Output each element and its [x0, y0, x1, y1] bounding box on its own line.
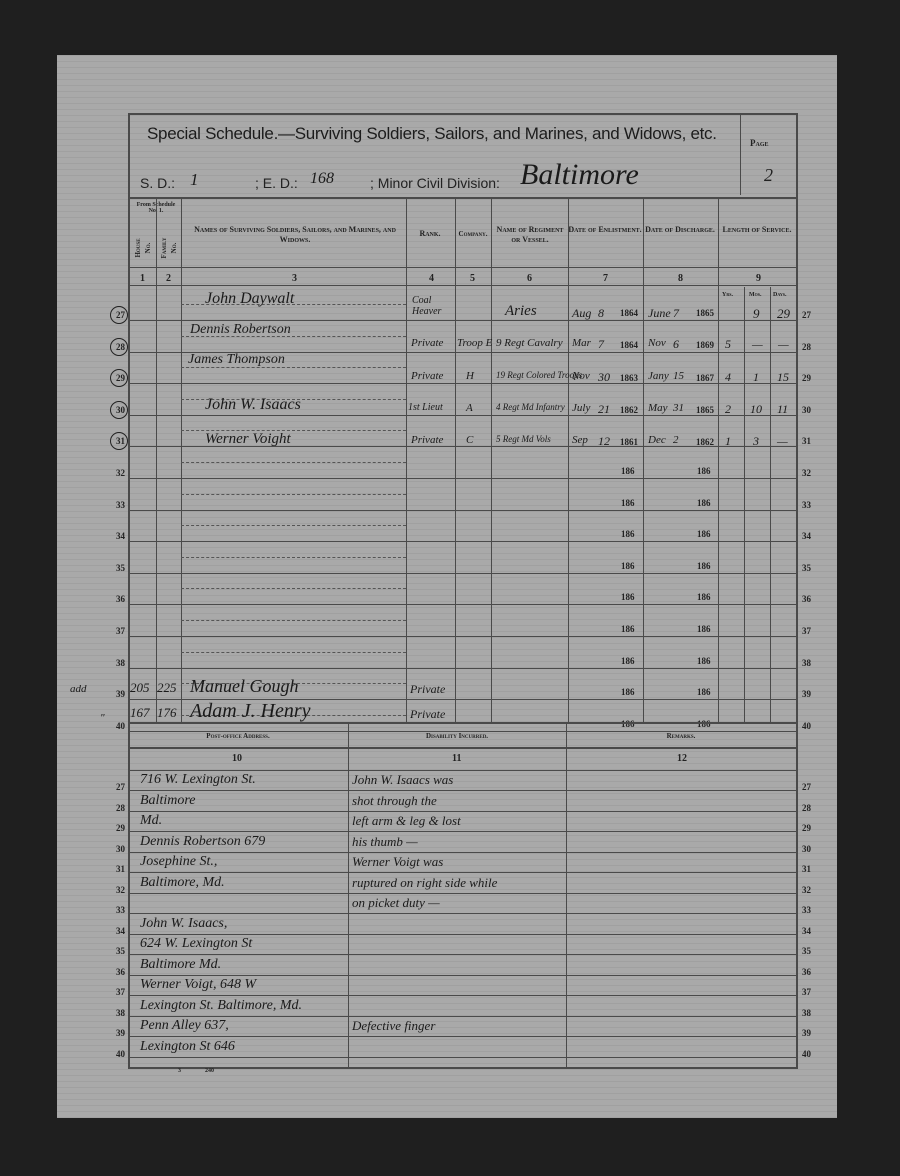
entry-29-enl-day: 30: [598, 370, 610, 385]
service-header: Length of Service.: [719, 225, 795, 235]
entry-31-dis-month: Dec: [648, 434, 666, 446]
row-line: [128, 668, 798, 669]
lower-row-number-right: 36: [802, 967, 811, 977]
disability-line: his thumb —: [352, 834, 418, 850]
row-line: [128, 478, 798, 479]
entry-27-enl-day: 8: [598, 306, 604, 321]
address-line: Md.: [140, 813, 162, 829]
name-guide-line: [181, 652, 406, 654]
disability-line: John W. Isaacs was: [352, 772, 453, 788]
entry-29-company: H: [466, 370, 474, 382]
entry-39-margin-note: add: [70, 683, 87, 695]
entry-27-enl-year: 1864: [620, 308, 638, 318]
entry-27-days: 29: [777, 306, 790, 322]
entry-30-dis-year: 1865: [696, 405, 714, 415]
entry-31-yrs: 1: [725, 434, 731, 449]
lower-row-number-left: 31: [116, 864, 125, 874]
entry-31-mos: 3: [753, 434, 759, 449]
entry-30-rank: 1st Lieut: [408, 402, 443, 413]
row-number-right: 27: [802, 310, 811, 320]
address-line: Penn Alley 637,: [140, 1018, 229, 1034]
entry-29-regiment: 19 Regt Colored Troops: [496, 370, 582, 380]
row-number-right: 39: [802, 689, 811, 699]
lower-row-number-left: 38: [116, 1008, 125, 1018]
col-line: [348, 724, 349, 1069]
entry-28-yrs: 5: [725, 337, 731, 352]
mcd-value: Baltimore: [520, 158, 639, 192]
dis-year-prefix: 186: [697, 529, 711, 539]
entry-31-days: —: [777, 434, 788, 449]
col-number-11: 11: [452, 753, 461, 764]
row-line: [128, 573, 798, 574]
lower-row-number-right: 31: [802, 864, 811, 874]
house-no-header: House No.: [133, 235, 153, 261]
row-number-right: 30: [802, 405, 811, 415]
lower-row-number-right: 33: [802, 905, 811, 915]
family-no-header: Family No.: [159, 235, 179, 261]
col-line: [455, 199, 456, 722]
lower-row-number-right: 29: [802, 823, 811, 833]
colnum-divider-top: [128, 267, 798, 268]
lower-row-number-right: 39: [802, 1028, 811, 1038]
entry-28-enl-day: 7: [598, 337, 604, 352]
entry-39-rank: Private: [410, 682, 445, 697]
lower-row-line: [128, 831, 798, 832]
names-header: Names of Surviving Soldiers, Sailors, an…: [185, 225, 405, 245]
entry-29-dis-year: 1867: [696, 373, 714, 383]
circled-line-mark: [110, 401, 128, 419]
ed-value: 168: [310, 170, 334, 188]
entry-40-name: Adam J. Henry: [190, 700, 311, 723]
entry-29-days: 15: [777, 370, 789, 385]
entry-30-dis-day: 31: [673, 402, 684, 414]
entry-27-enl-month: Aug: [572, 306, 591, 321]
name-guide-line: [181, 620, 406, 622]
lower-row-line: [128, 1036, 798, 1037]
row-number-right: 31: [802, 436, 811, 446]
col-line: [181, 199, 182, 722]
yrs-header: Yrs.: [722, 290, 733, 300]
page-label: Page: [750, 138, 769, 148]
lower-row-line: [128, 790, 798, 791]
address-line: Dennis Robertson 679: [140, 834, 265, 850]
row-number-left: 38: [116, 658, 125, 668]
lower-colnum-divider: [128, 770, 798, 771]
lower-row-number-left: 36: [116, 967, 125, 977]
entry-29-dis-day: 15: [673, 370, 684, 382]
lower-row-number-right: 40: [802, 1049, 811, 1059]
name-guide-line: [181, 462, 406, 464]
sd-label: S. D.:: [140, 175, 175, 191]
row-number-left: 37: [116, 626, 125, 636]
dis-year-prefix: 186: [697, 466, 711, 476]
lower-row-number-right: 38: [802, 1008, 811, 1018]
entry-29-rank: Private: [411, 370, 443, 382]
entry-28-dis-year: 1869: [696, 340, 714, 350]
enl-year-prefix: 186: [621, 624, 635, 634]
entry-28-enl-month: Mar: [572, 337, 591, 349]
col-line: [566, 724, 567, 1069]
enl-year-prefix: 186: [621, 592, 635, 602]
lower-row-number-left: 37: [116, 987, 125, 997]
row-number-left: 35: [116, 563, 125, 573]
mos-header: Mos.: [749, 290, 762, 300]
entry-31-dis-day: 2: [673, 434, 679, 446]
entry-31-rank: Private: [411, 434, 443, 446]
post-office-header: Post-office Address.: [128, 731, 348, 741]
lower-row-number-right: 28: [802, 803, 811, 813]
circled-line-mark: [110, 338, 128, 356]
row-number-left: 36: [116, 594, 125, 604]
entry-30-days: 11: [777, 402, 788, 417]
entry-40-margin-note: ": [100, 712, 105, 724]
col-number-4: 4: [429, 273, 434, 284]
address-line: 716 W. Lexington St.: [140, 772, 256, 788]
dis-year-prefix: 186: [697, 592, 711, 602]
form-title: Special Schedule.—Surviving Soldiers, Sa…: [147, 124, 717, 144]
address-line: Werner Voigt, 648 W: [140, 977, 256, 993]
entry-28-days: —: [778, 337, 789, 352]
entry-29-yrs: 4: [725, 370, 731, 385]
lower-row-line: [128, 1016, 798, 1017]
row-line: [128, 604, 798, 605]
col-number-3: 3: [292, 273, 297, 284]
entry-30-enl-month: July: [572, 402, 590, 414]
disability-line: ruptured on right side while: [352, 875, 497, 891]
entry-29-dis-month: Jany: [648, 370, 669, 382]
regiment-header: Name of Regiment or Vessel.: [492, 225, 568, 245]
enlistment-header: Date of Enlistment.: [568, 225, 642, 235]
lower-row-line: [128, 934, 798, 935]
entry-27-dis-year: 1865: [696, 308, 714, 318]
entry-27-dis-day: 7: [673, 306, 679, 321]
name-guide-line: [181, 588, 406, 590]
address-line: Josephine St.,: [140, 854, 217, 870]
lower-row-number-right: 27: [802, 782, 811, 792]
name-guide-line: [181, 494, 406, 496]
row-number-left: 34: [116, 531, 125, 541]
col-number-1: 1: [140, 273, 145, 284]
entry-29-enl-month: Nov: [572, 370, 590, 382]
name-guide-line: [181, 525, 406, 527]
entry-28-name: Dennis Robertson: [190, 322, 291, 338]
entry-28-company: Troop E: [457, 337, 492, 349]
row-line: [128, 636, 798, 637]
header-divider: [128, 197, 798, 199]
page-number: 2: [764, 165, 773, 186]
entry-31-regiment: 5 Regt Md Vols: [496, 434, 551, 444]
remarks-header: Remarks.: [566, 731, 796, 741]
enl-year-prefix: 186: [621, 498, 635, 508]
lower-row-number-left: 39: [116, 1028, 125, 1038]
disability-line: on picket duty —: [352, 895, 440, 911]
col-line: [156, 199, 157, 722]
lower-section-divider: [128, 722, 798, 724]
lower-row-number-right: 37: [802, 987, 811, 997]
row-number-right: 35: [802, 563, 811, 573]
col-number-2: 2: [166, 273, 171, 284]
entry-27-regiment: Aries: [505, 303, 537, 320]
row-number-right: 33: [802, 500, 811, 510]
lower-row-line: [128, 954, 798, 955]
row-line: [128, 541, 798, 542]
enl-year-prefix: 186: [621, 529, 635, 539]
lower-row-number-left: 40: [116, 1049, 125, 1059]
entry-30-enl-day: 21: [598, 402, 610, 417]
lower-row-number-left: 33: [116, 905, 125, 915]
lower-row-line: [128, 893, 798, 894]
footer-mark: 3: [178, 1068, 181, 1074]
entry-29-mos: 1: [753, 370, 759, 385]
dis-year-prefix: 186: [697, 656, 711, 666]
entry-28-dis-day: 6: [673, 337, 679, 352]
sd-value: 1: [190, 170, 199, 190]
footer-mark: 240: [205, 1068, 214, 1074]
company-header: Company.: [455, 229, 491, 239]
col-line: [718, 199, 719, 722]
entry-31-company: C: [466, 434, 473, 446]
dis-year-prefix: 186: [697, 498, 711, 508]
row-number-left: 39: [116, 689, 125, 699]
address-line: Baltimore, Md.: [140, 875, 225, 891]
lower-row-line: [128, 975, 798, 976]
address-line: 624 W. Lexington St: [140, 936, 252, 952]
entry-30-name: John W. Isaacs: [205, 396, 301, 414]
lower-row-line: [128, 913, 798, 914]
entry-40-family: 176: [157, 705, 177, 721]
mcd-label: ; Minor Civil Division:: [370, 175, 500, 191]
col-number-6: 6: [527, 273, 532, 284]
circled-line-mark: [110, 306, 128, 324]
enl-year-prefix: 186: [621, 687, 635, 697]
lower-row-number-left: 28: [116, 803, 125, 813]
lower-row-line: [128, 811, 798, 812]
row-number-left: 40: [116, 721, 125, 731]
entry-30-mos: 10: [750, 402, 762, 417]
enl-year-prefix: 186: [621, 656, 635, 666]
discharge-header: Date of Discharge.: [643, 225, 717, 235]
lower-row-number-right: 30: [802, 844, 811, 854]
address-line: Baltimore: [140, 793, 195, 809]
row-line: [128, 383, 798, 384]
col-line: [643, 199, 644, 722]
entry-31-dis-year: 1862: [696, 437, 714, 447]
lower-row-number-left: 34: [116, 926, 125, 936]
entry-31-enl-day: 12: [598, 434, 610, 449]
disability-header: Disability Incurred.: [348, 731, 566, 741]
col-number-5: 5: [470, 273, 475, 284]
entry-28-rank: Private: [411, 337, 443, 349]
entry-39-name: Manuel Gough: [190, 676, 298, 697]
row-number-left: 33: [116, 500, 125, 510]
address-line: Lexington St. Baltimore, Md.: [140, 998, 302, 1014]
schedule-frame: [128, 113, 798, 1069]
entry-28-dis-month: Nov: [648, 337, 666, 349]
row-number-right: 28: [802, 342, 811, 352]
col-line: [406, 199, 407, 722]
disability-line: shot through the: [352, 793, 437, 809]
dis-year-prefix: 186: [697, 561, 711, 571]
enl-year-prefix: 186: [621, 561, 635, 571]
col-line: [568, 199, 569, 722]
page-box-line: [740, 113, 741, 195]
enl-year-prefix: 186: [621, 466, 635, 476]
row-number-right: 37: [802, 626, 811, 636]
entry-31-enl-month: Sep: [572, 434, 588, 446]
row-line: [128, 320, 798, 321]
lower-row-line: [128, 852, 798, 853]
entry-29-name: James Thompson: [188, 352, 285, 368]
entry-39-family: 225: [157, 680, 177, 696]
entry-28-mos: —: [752, 337, 763, 352]
lower-row-number-left: 29: [116, 823, 125, 833]
entry-27-dis-month: June: [648, 306, 671, 321]
lower-row-line: [128, 872, 798, 873]
entry-27-name: John Daywalt: [205, 290, 294, 308]
address-line: Lexington St 646: [140, 1039, 235, 1055]
entry-30-yrs: 2: [725, 402, 731, 417]
entry-31-name: Werner Voight: [205, 431, 291, 448]
col-number-12: 12: [677, 753, 687, 764]
col-number-10: 10: [232, 753, 242, 764]
row-number-right: 40: [802, 721, 811, 731]
lower-row-line: [128, 995, 798, 996]
col-number-7: 7: [603, 273, 608, 284]
lower-row-number-right: 32: [802, 885, 811, 895]
disability-line: Defective finger: [352, 1018, 435, 1034]
entry-28-enl-year: 1864: [620, 340, 638, 350]
col-number-9: 9: [756, 273, 761, 284]
row-number-right: 32: [802, 468, 811, 478]
entry-40-rank: Private: [410, 707, 445, 722]
lower-row-number-left: 30: [116, 844, 125, 854]
entry-30-company: A: [466, 402, 473, 414]
col-number-8: 8: [678, 273, 683, 284]
rank-header: Rank.: [406, 229, 454, 239]
entry-30-enl-year: 1862: [620, 405, 638, 415]
lower-row-number-left: 32: [116, 885, 125, 895]
entry-31-enl-year: 1861: [620, 437, 638, 447]
name-guide-line: [181, 557, 406, 559]
entry-39-house: 205: [130, 680, 150, 696]
lower-header-divider: [128, 747, 798, 749]
dis-year-prefix: 186: [697, 687, 711, 697]
lower-row-line: [128, 1057, 798, 1058]
address-line: John W. Isaacs,: [140, 916, 227, 932]
lower-row-number-left: 27: [116, 782, 125, 792]
col-line: [491, 199, 492, 722]
disability-line: left arm & leg & lost: [352, 813, 461, 829]
lower-row-number-right: 35: [802, 946, 811, 956]
row-number-right: 29: [802, 373, 811, 383]
row-number-right: 36: [802, 594, 811, 604]
colnum-divider-bottom: [128, 285, 798, 286]
entry-40-house: 167: [130, 705, 150, 721]
entry-28-regiment: 9 Regt Cavalry: [496, 337, 563, 349]
ed-label: ; E. D.:: [255, 175, 298, 191]
entry-27-mos: 9: [753, 306, 760, 322]
row-number-right: 38: [802, 658, 811, 668]
entry-30-regiment: 4 Regt Md Infantry: [496, 402, 565, 412]
entry-27-rank: Coal Heaver: [412, 295, 452, 317]
row-number-left: 32: [116, 468, 125, 478]
lower-row-number-left: 35: [116, 946, 125, 956]
row-line: [128, 510, 798, 511]
row-number-right: 34: [802, 531, 811, 541]
address-line: Baltimore Md.: [140, 957, 221, 973]
days-header: Days.: [773, 290, 786, 300]
disability-line: Werner Voigt was: [352, 854, 443, 870]
dis-year-prefix: 186: [697, 624, 711, 634]
entry-30-dis-month: May: [648, 402, 668, 414]
lower-row-number-right: 34: [802, 926, 811, 936]
entry-29-enl-year: 1863: [620, 373, 638, 383]
